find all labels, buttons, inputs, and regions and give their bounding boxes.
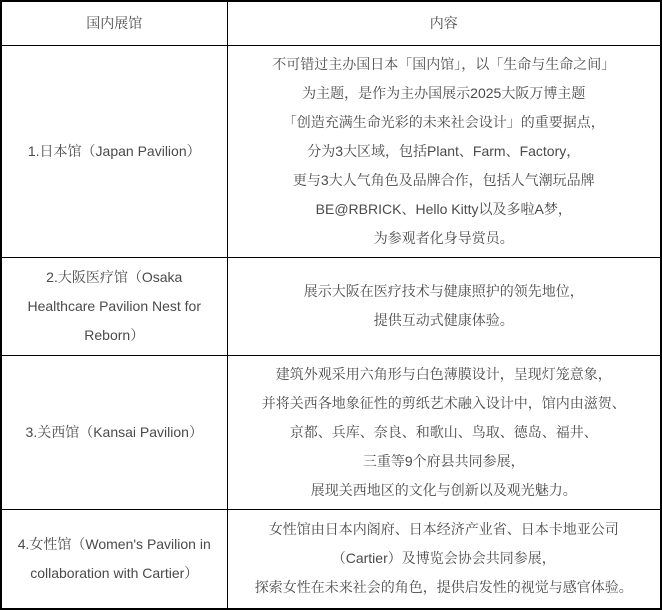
content-line: 分为3大区域，包括Plant、Farm、Factory， bbox=[238, 137, 651, 166]
content-line: 更与3大人气角色及品牌合作，包括人气潮玩品牌 bbox=[238, 166, 651, 195]
content-line: 展现关西地区的文化与创新以及观光魅力。 bbox=[238, 476, 651, 505]
pavilion-name: 1.日本馆（Japan Pavilion） bbox=[12, 137, 217, 166]
content-line: 「创造充满生命光彩的未来社会设计」的重要据点， bbox=[238, 108, 651, 137]
content-line: 女性馆由日本内阁府、日本经济产业省、日本卡地亚公司 bbox=[238, 515, 651, 544]
pavilion-cell: 4.女性馆（Women's Pavilion in collaboration … bbox=[1, 509, 227, 609]
table-row: 2.大阪医疗馆（Osaka Healthcare Pavilion Nest f… bbox=[1, 257, 661, 355]
content-line: 京都、兵库、奈良、和歌山、鸟取、德岛、福井、 bbox=[238, 418, 651, 447]
pavilion-name: 3.关西馆（Kansai Pavilion） bbox=[12, 418, 217, 447]
content-cell: 建筑外观采用六角形与白色薄膜设计，呈现灯笼意象， 并将关西各地象征性的剪纸艺术融… bbox=[227, 355, 661, 509]
content-line: 建筑外观采用六角形与白色薄膜设计，呈现灯笼意象， bbox=[238, 360, 651, 389]
content-cell: 女性馆由日本内阁府、日本经济产业省、日本卡地亚公司 （Cartier）及博览会协… bbox=[227, 509, 661, 609]
content-line: 展示大阪在医疗技术与健康照护的领先地位， bbox=[238, 277, 651, 306]
table-row: 1.日本馆（Japan Pavilion） 不可错过主办国日本「国内馆」，以「生… bbox=[1, 45, 661, 257]
table-header-row: 国内展馆 内容 bbox=[1, 1, 661, 45]
content-cell: 不可错过主办国日本「国内馆」，以「生命与生命之间」 为主题，是作为主办国展示20… bbox=[227, 45, 661, 257]
content-line: BE@RBRICK、Hello Kitty以及多啦A梦， bbox=[238, 195, 651, 224]
content-line: 提供互动式健康体验。 bbox=[238, 306, 651, 335]
content-line: 为主题，是作为主办国展示2025大阪万博主题 bbox=[238, 79, 651, 108]
content-cell: 展示大阪在医疗技术与健康照护的领先地位， 提供互动式健康体验。 bbox=[227, 257, 661, 355]
content-line: 为参观者化身导赏员。 bbox=[238, 224, 651, 253]
table-row: 4.女性馆（Women's Pavilion in collaboration … bbox=[1, 509, 661, 609]
content-line: （Cartier）及博览会协会共同参展， bbox=[238, 544, 651, 573]
content-line: 并将关西各地象征性的剪纸艺术融入设计中，馆内由滋贺、 bbox=[238, 389, 651, 418]
content-line: 探索女性在未来社会的角色，提供启发性的视觉与感官体验。 bbox=[238, 573, 651, 602]
pavilion-name: 2.大阪医疗馆（Osaka Healthcare Pavilion Nest f… bbox=[12, 263, 217, 350]
content-line: 三重等9个府县共同参展， bbox=[238, 447, 651, 476]
pavilion-cell: 3.关西馆（Kansai Pavilion） bbox=[1, 355, 227, 509]
pavilion-cell: 1.日本馆（Japan Pavilion） bbox=[1, 45, 227, 257]
pavilion-name: 4.女性馆（Women's Pavilion in collaboration … bbox=[12, 530, 217, 588]
table-row: 3.关西馆（Kansai Pavilion） 建筑外观采用六角形与白色薄膜设计，… bbox=[1, 355, 661, 509]
pavilion-table: 国内展馆 内容 1.日本馆（Japan Pavilion） 不可错过主办国日本「… bbox=[0, 0, 662, 610]
header-col-pavilion: 国内展馆 bbox=[1, 1, 227, 45]
pavilion-cell: 2.大阪医疗馆（Osaka Healthcare Pavilion Nest f… bbox=[1, 257, 227, 355]
header-col-content: 内容 bbox=[227, 1, 661, 45]
content-line: 不可错过主办国日本「国内馆」，以「生命与生命之间」 bbox=[238, 50, 651, 79]
